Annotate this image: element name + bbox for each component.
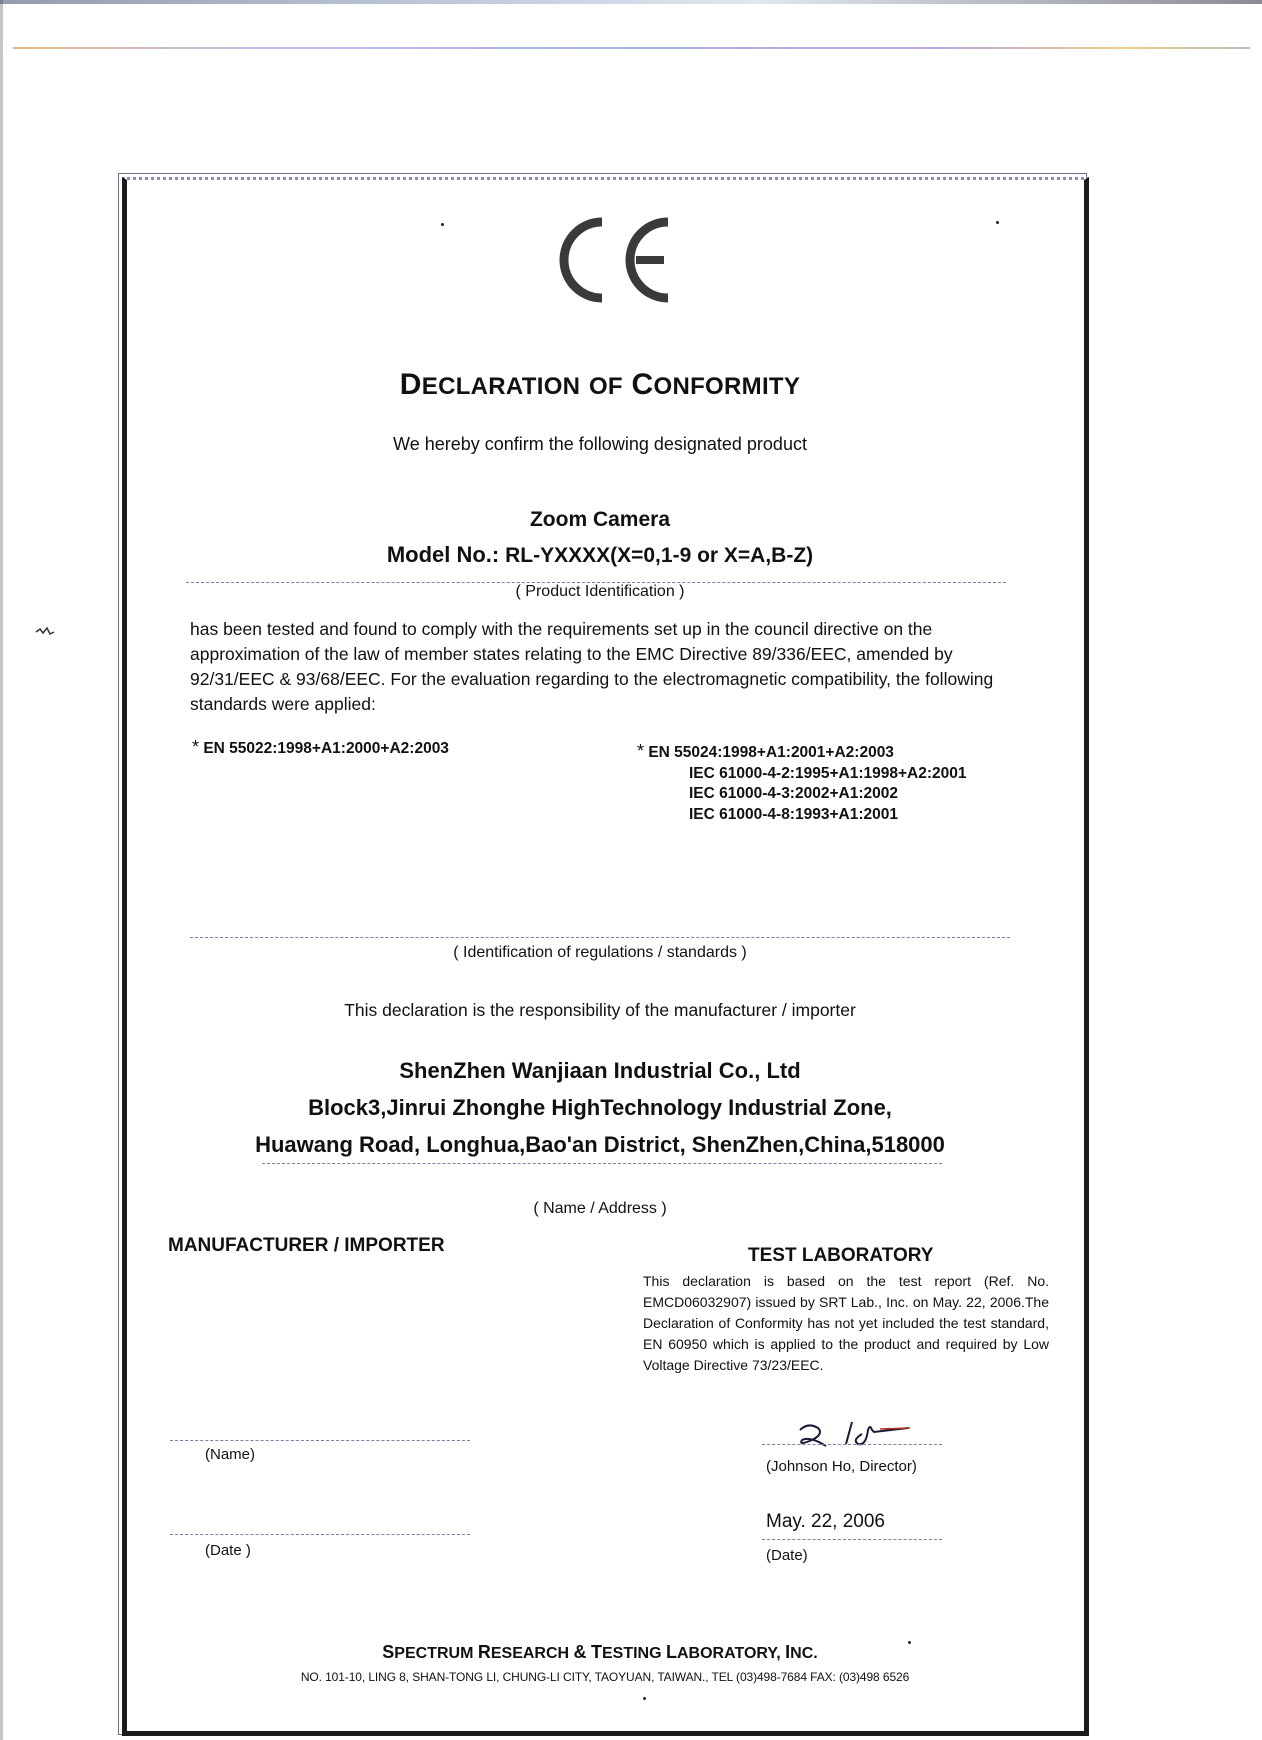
test-lab-heading: TEST LABORATORY xyxy=(748,1245,933,1267)
product-caption: ( Product Identification ) xyxy=(200,583,1000,601)
title-word: ONFORMITY xyxy=(654,373,801,400)
footer-initial: T xyxy=(591,1642,602,1662)
title-word: OF xyxy=(589,373,623,400)
manufacturer-name-caption: (Name) xyxy=(205,1446,255,1463)
signatory-caption: (Johnson Ho, Director) xyxy=(766,1458,917,1475)
bullet-asterisk-icon: * xyxy=(637,741,644,761)
standards-caption: ( Identification of regulations / standa… xyxy=(200,944,1000,962)
footer-word: ESEARCH xyxy=(491,1645,569,1662)
company-block: ShenZhen Wanjiaan Industrial Co., Ltd Bl… xyxy=(200,1052,1000,1163)
scan-speck xyxy=(996,221,999,224)
standard-item: IEC 61000-4-2:1995+A1:1998+A2:2001 xyxy=(637,764,966,785)
compliance-paragraph: has been tested and found to comply with… xyxy=(190,617,1010,717)
date-line xyxy=(762,1539,942,1540)
company-divider xyxy=(262,1163,942,1164)
scan-edge-left xyxy=(0,0,3,1740)
scan-speck xyxy=(643,1697,646,1700)
manufacturer-name-line xyxy=(170,1440,470,1441)
standards-divider xyxy=(190,937,1010,938)
scan-speck xyxy=(441,223,444,226)
company-address-line: Huawang Road, Longhua,Bao'an District, S… xyxy=(200,1126,1000,1163)
standards-right: * EN 55024:1998+A1:2001+A2:2003 IEC 6100… xyxy=(637,741,966,825)
manufacturer-heading: MANUFACTURER / IMPORTER xyxy=(168,1235,445,1257)
standard-item: EN 55022:1998+A1:2000+A2:2003 xyxy=(203,740,449,757)
company-address-line: Block3,Jinrui Zhonghe HighTechnology Ind… xyxy=(200,1089,1000,1126)
scan-edge-top xyxy=(0,0,1262,4)
model-value: RL-YXXXX(X=0,1-9 or X=A,B-Z) xyxy=(505,544,813,567)
signature-line xyxy=(762,1444,942,1445)
standard-item: EN 55024:1998+A1:2001+A2:2003 xyxy=(648,744,894,761)
signature-icon xyxy=(760,1414,950,1454)
name-address-caption: ( Name / Address ) xyxy=(200,1200,1000,1218)
subtitle: We hereby confirm the following designat… xyxy=(200,434,1000,455)
margin-smudge xyxy=(32,620,72,640)
footer-word: ABORATORY, xyxy=(677,1645,785,1662)
footer-address: NO. 101-10, LING 8, SHAN-TONG LI, CHUNG-… xyxy=(140,1670,1070,1684)
model-number: Model No.: RL-YXXXX(X=0,1-9 or X=A,B-Z) xyxy=(200,542,1000,568)
footer-word: NC. xyxy=(790,1645,818,1662)
model-label: Model No.: xyxy=(387,542,499,567)
standard-item: IEC 61000-4-8:1993+A1:2001 xyxy=(637,805,966,826)
ce-mark-icon xyxy=(540,210,680,310)
footer-initial: L xyxy=(666,1642,677,1662)
page-top-rule xyxy=(13,47,1250,49)
manufacturer-date-caption: (Date ) xyxy=(205,1542,251,1559)
footer-lab-name: SPECTRUM RESEARCH & TESTING LABORATORY, … xyxy=(200,1642,1000,1663)
footer-word: & xyxy=(574,1642,587,1662)
standard-item: IEC 61000-4-3:2002+A1:2002 xyxy=(637,784,966,805)
responsibility-statement: This declaration is the responsibility o… xyxy=(200,1000,1000,1021)
footer-initial: R xyxy=(478,1642,491,1662)
signed-date: May. 22, 2006 xyxy=(766,1511,885,1533)
product-name: Zoom Camera xyxy=(200,508,1000,532)
test-lab-statement: This declaration is based on the test re… xyxy=(643,1271,1049,1376)
date-caption: (Date) xyxy=(766,1547,808,1564)
title-initial: C xyxy=(632,368,654,401)
footer-word: ESTING xyxy=(602,1645,662,1662)
manufacturer-date-line xyxy=(170,1534,470,1535)
page-title: DECLARATION OF CONFORMITY xyxy=(200,368,1000,402)
footer-word: PECTRUM xyxy=(394,1645,473,1662)
title-word: ECLARATION xyxy=(422,373,581,400)
footer-initial: S xyxy=(382,1642,394,1662)
title-initial: D xyxy=(400,368,422,401)
company-name: ShenZhen Wanjiaan Industrial Co., Ltd xyxy=(200,1052,1000,1089)
bullet-asterisk-icon: * xyxy=(192,737,199,757)
standards-left: * EN 55022:1998+A1:2000+A2:2003 xyxy=(192,737,449,758)
